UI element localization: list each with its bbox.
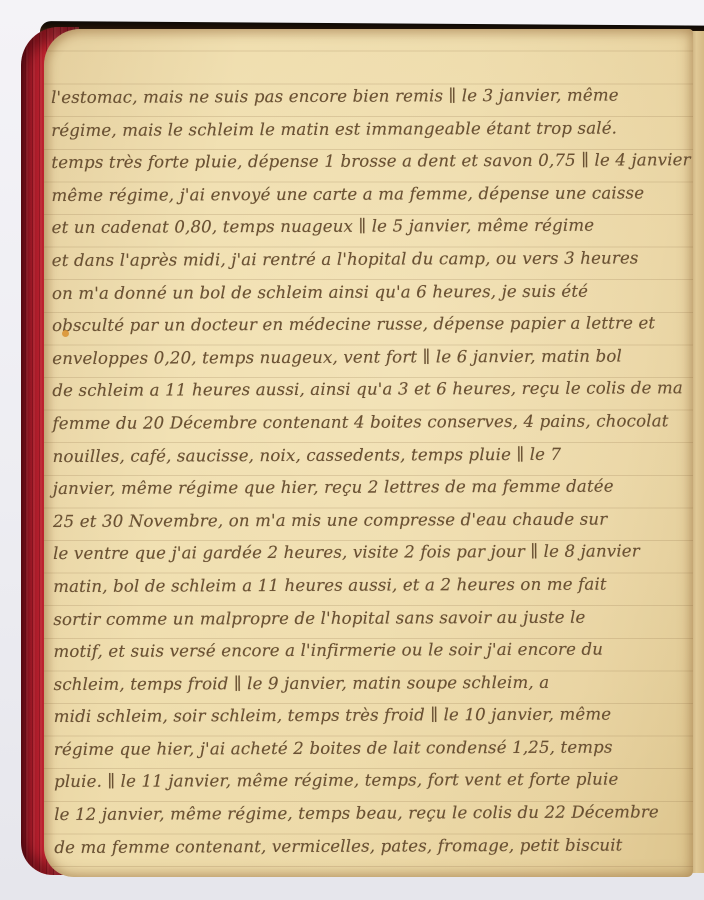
scanned-diary-photo: l'estomac, mais ne suis pas encore bien … [0,0,704,900]
handwritten-line: le 12 janvier, même régime, temps beau, … [54,796,690,831]
handwritten-line: de schleim a 11 heures aussi, ainsi qu'a… [52,373,688,408]
handwritten-line: enveloppes 0,20, temps nuageux, vent for… [52,340,688,375]
handwritten-line: et dans l'après midi, j'ai rentré a l'ho… [52,242,688,277]
ink-speck [62,330,69,337]
handwritten-line: le ventre que j'ai gardée 2 heures, visi… [53,536,689,571]
handwritten-line: femme du 20 Décembre contenant 4 boites … [52,405,688,440]
handwritten-line: même régime, j'ai envoyé une carte a ma … [51,177,687,212]
handwritten-line: 25 et 30 Novembre, on m'a mis une compre… [53,503,689,538]
handwritten-line: sortir comme un malpropre de l'hopital s… [53,601,689,636]
handwritten-line: régime, mais le schleim le matin est imm… [51,112,687,147]
handwritten-line: l'estomac, mais ne suis pas encore bien … [51,79,687,114]
handwritten-line: midi schleim, soir schleim, temps très f… [54,699,690,734]
handwritten-line: nouilles, café, saucisse, noix, casseden… [53,438,689,473]
handwritten-line: de ma femme contenant, vermicelles, pate… [54,829,690,864]
handwritten-line: et un cadenat 0,80, temps nuageux ∥ le 5… [52,210,688,245]
handwritten-line: motif, et suis versé encore a l'infirmer… [53,633,689,668]
handwritten-line: temps très forte pluie, dépense 1 brosse… [51,144,687,179]
handwritten-line: régime que hier, j'ai acheté 2 boites de… [54,731,690,766]
handwritten-line: janvier, même régime que hier, reçu 2 le… [53,470,689,505]
handwritten-text-block: l'estomac, mais ne suis pas encore bien … [51,79,690,864]
handwritten-line: on m'a donné un bol de schleim ainsi qu'… [52,275,688,310]
handwritten-line: schleim, temps froid ∥ le 9 janvier, mat… [54,666,690,701]
diary-page: l'estomac, mais ne suis pas encore bien … [44,29,693,877]
handwritten-line: matin, bol de schleim a 11 heures aussi,… [53,568,689,603]
handwritten-line: obsculté par un docteur en médecine russ… [52,307,688,342]
handwritten-line: pluie. ∥ le 11 janvier, même régime, tem… [54,764,690,799]
